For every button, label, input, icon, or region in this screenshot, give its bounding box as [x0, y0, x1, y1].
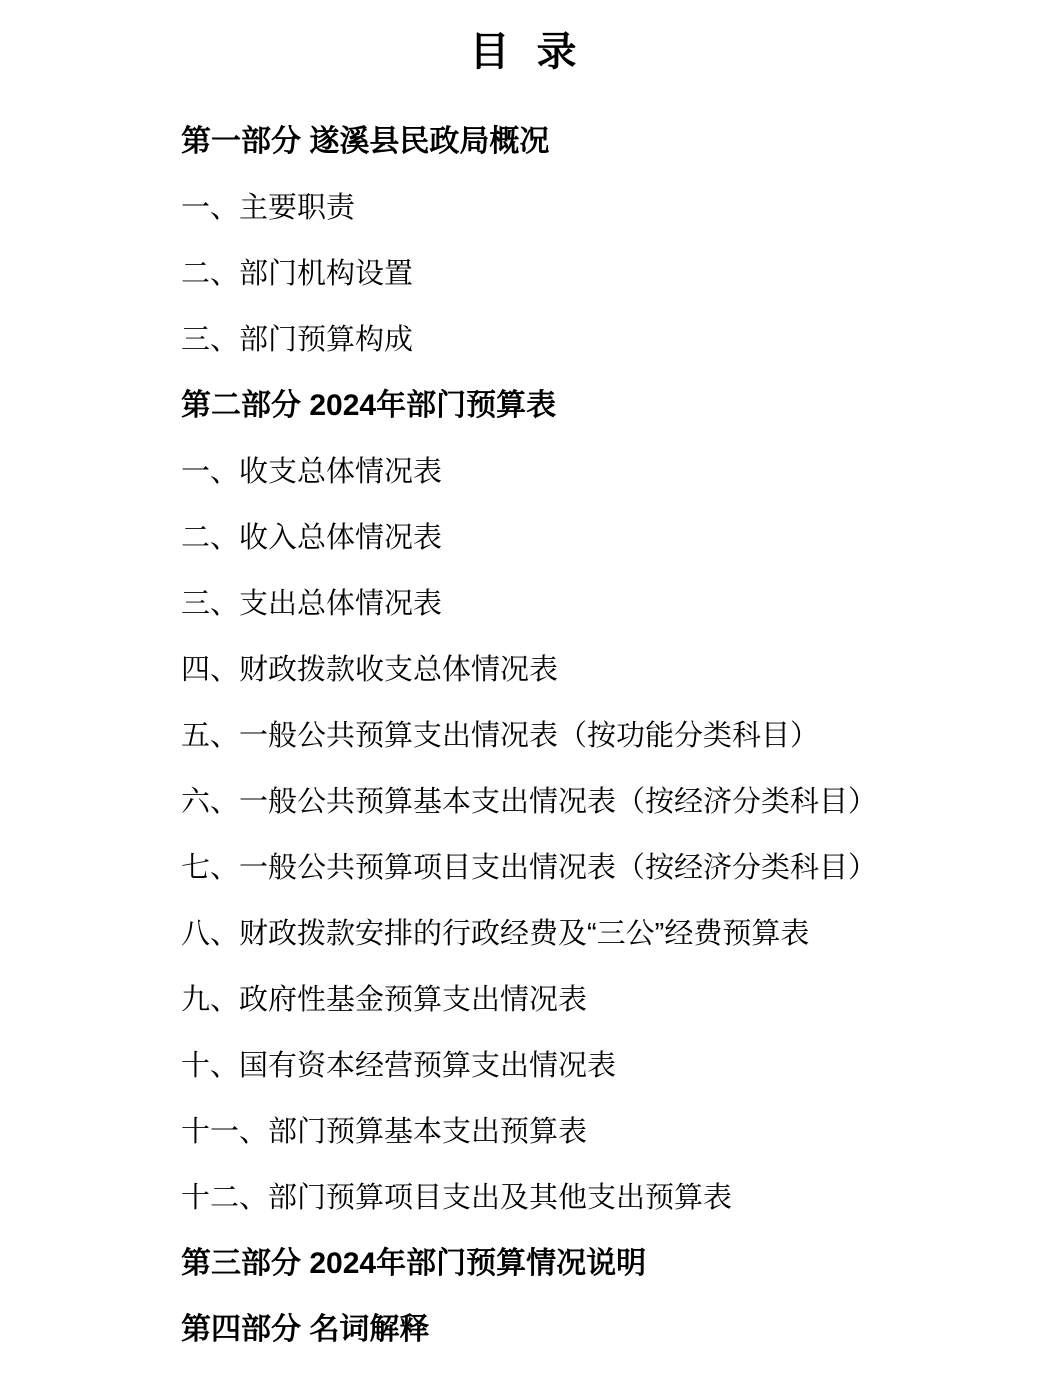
toc-entry: 一、收支总体情况表	[0, 439, 1047, 505]
toc-entry: 三、部门预算构成	[0, 307, 1047, 373]
toc-entry: 五、一般公共预算支出情况表（按功能分类科目）	[0, 703, 1047, 769]
document-page: 目 录 第一部分 遂溪县民政局概况 一、主要职责 二、部门机构设置 三、部门预算…	[0, 0, 1047, 1395]
toc-entry: 七、一般公共预算项目支出情况表（按经济分类科目）	[0, 835, 1047, 901]
page-title: 目 录	[0, 0, 1047, 73]
toc-entry: 二、部门机构设置	[0, 241, 1047, 307]
toc-entry: 九、政府性基金预算支出情况表	[0, 967, 1047, 1033]
toc-entry: 十、国有资本经营预算支出情况表	[0, 1033, 1047, 1099]
toc-entry: 一、主要职责	[0, 175, 1047, 241]
toc-entry: 十一、部门预算基本支出预算表	[0, 1099, 1047, 1165]
toc-part-heading-1: 第一部分 遂溪县民政局概况	[0, 109, 1047, 175]
table-of-contents: 第一部分 遂溪县民政局概况 一、主要职责 二、部门机构设置 三、部门预算构成 第…	[0, 109, 1047, 1363]
toc-entry: 三、支出总体情况表	[0, 571, 1047, 637]
toc-part-heading-3: 第三部分 2024年部门预算情况说明	[0, 1231, 1047, 1297]
toc-entry: 二、收入总体情况表	[0, 505, 1047, 571]
toc-entry: 四、财政拨款收支总体情况表	[0, 637, 1047, 703]
toc-part-heading-2: 第二部分 2024年部门预算表	[0, 373, 1047, 439]
toc-entry: 十二、部门预算项目支出及其他支出预算表	[0, 1165, 1047, 1231]
toc-entry: 六、一般公共预算基本支出情况表（按经济分类科目）	[0, 769, 1047, 835]
toc-entry: 八、财政拨款安排的行政经费及“三公”经费预算表	[0, 901, 1047, 967]
toc-part-heading-4: 第四部分 名词解释	[0, 1297, 1047, 1363]
